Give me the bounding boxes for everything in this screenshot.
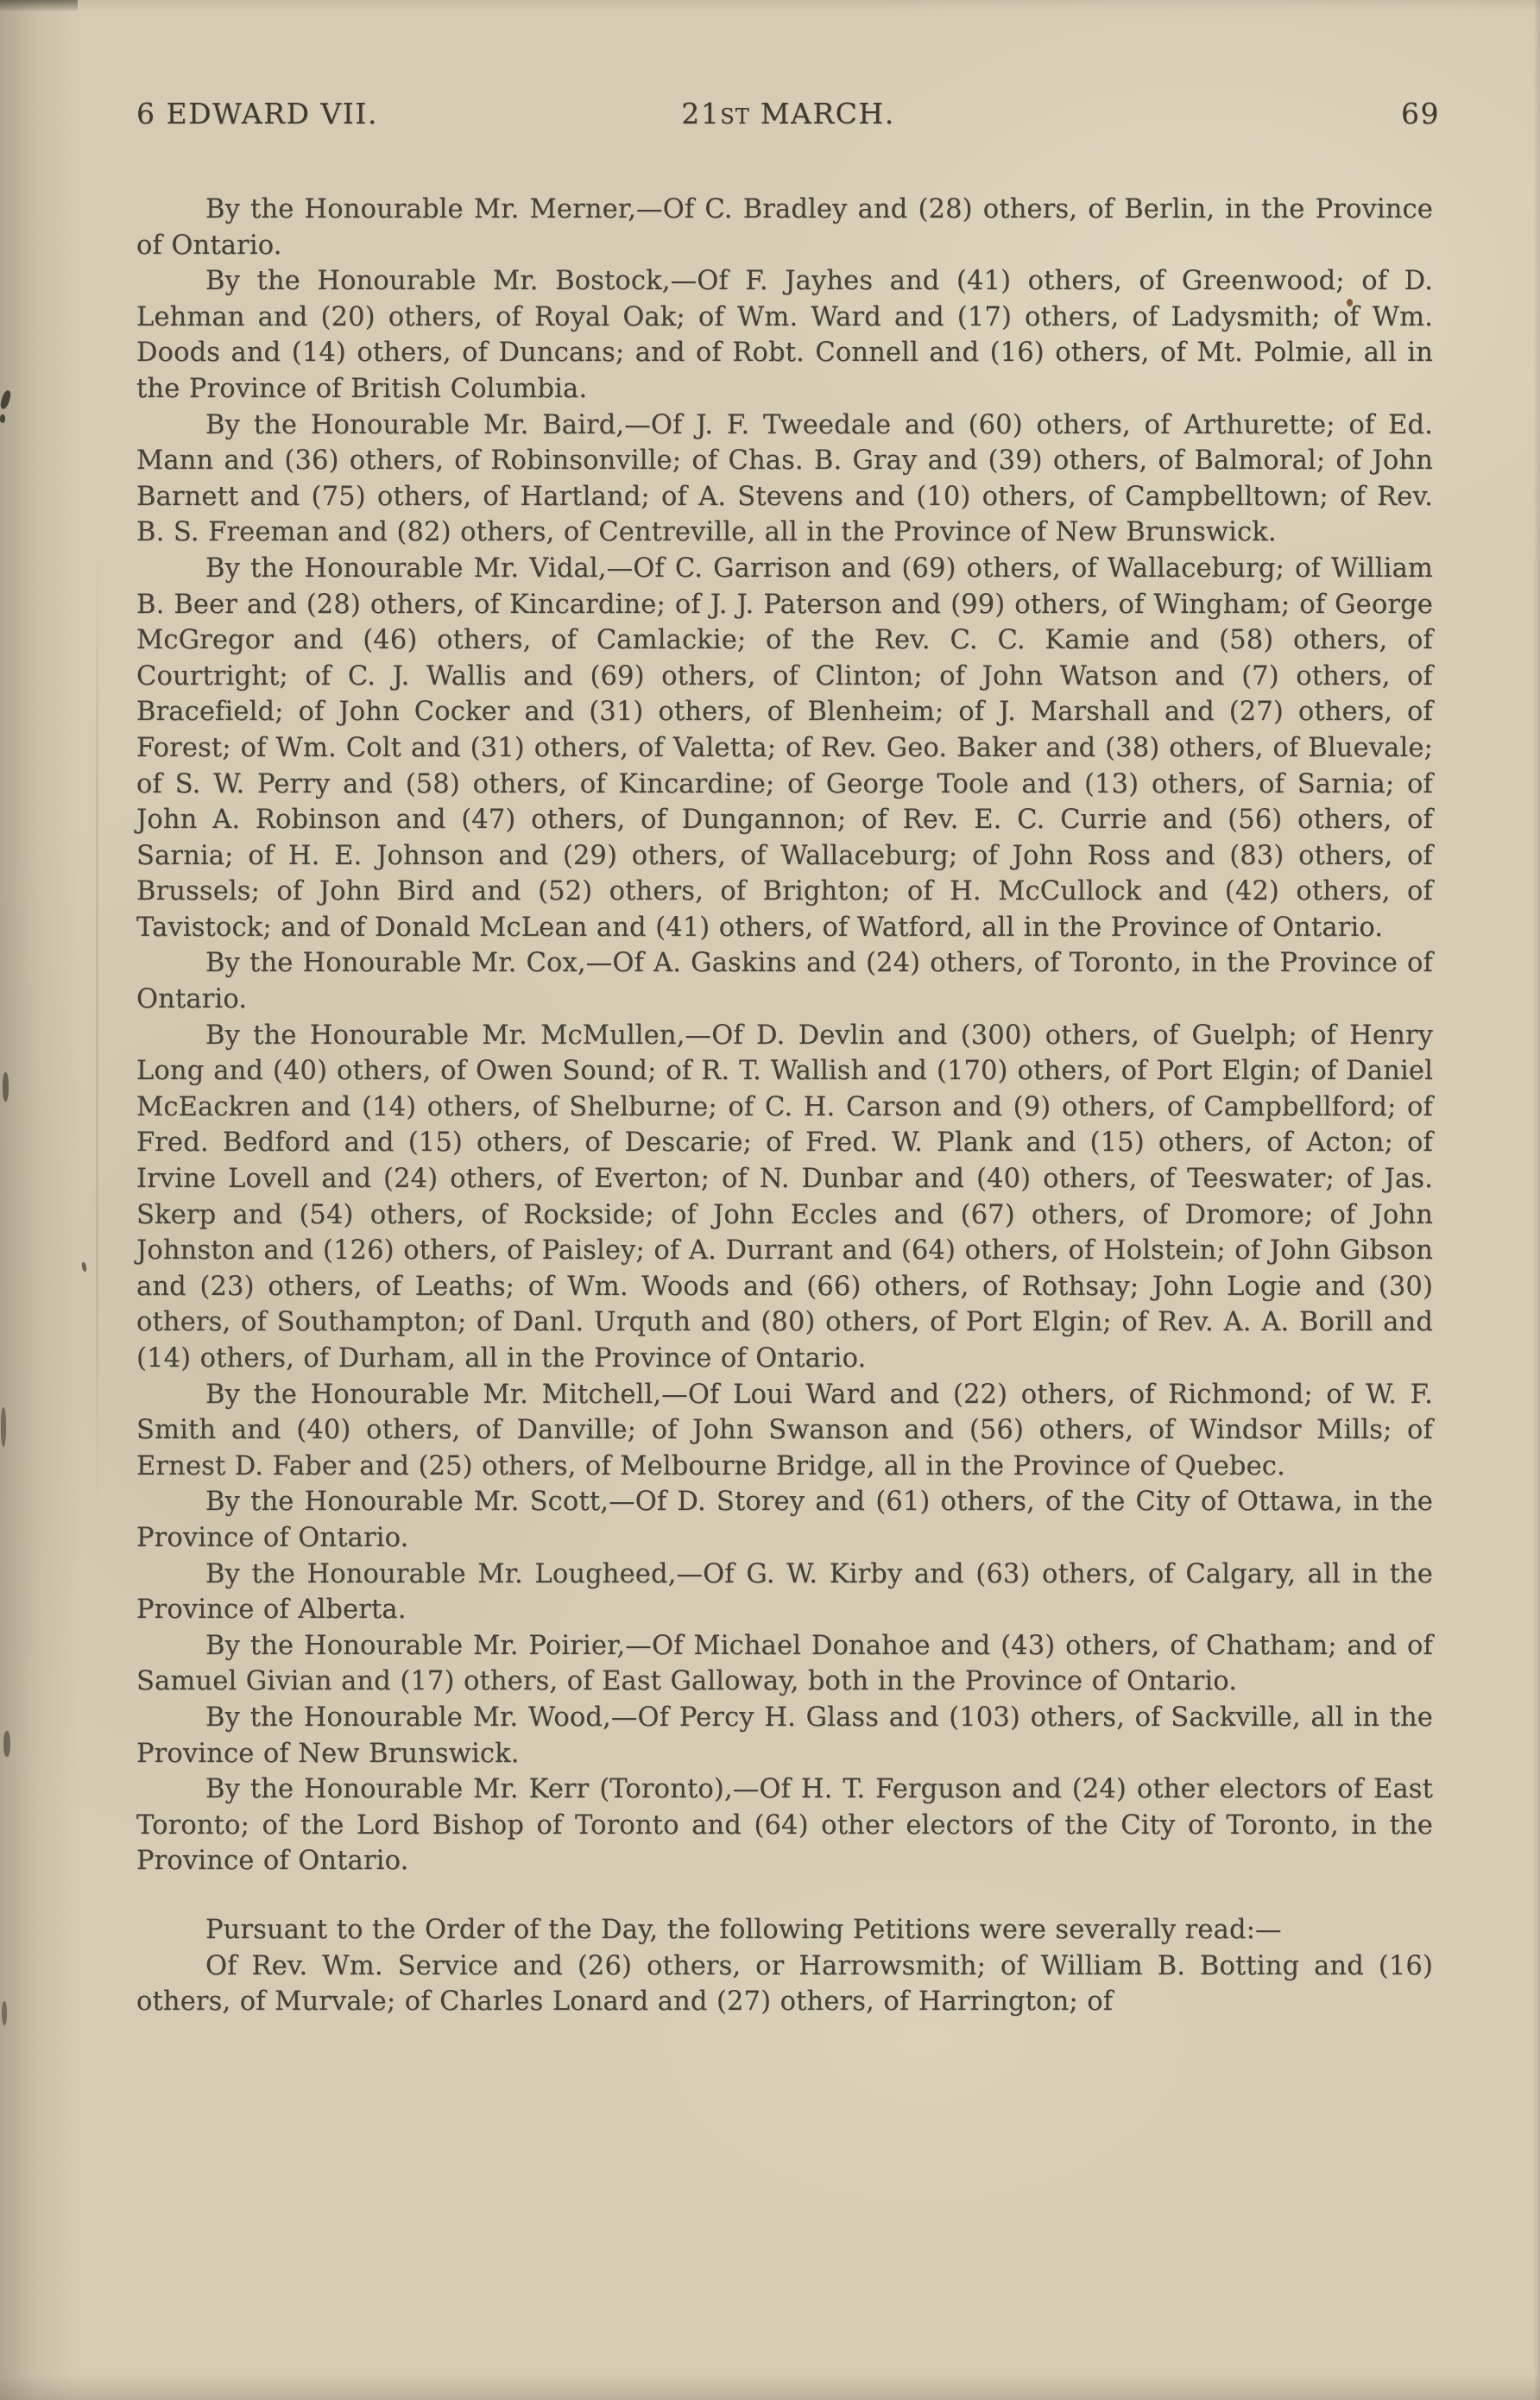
journal-page: 6 EDWARD VII. 21ST MARCH. 69 By the Hono… bbox=[0, 0, 1540, 2400]
petition-paragraph-merner: By the Honourable Mr. Merner,—Of C. Brad… bbox=[136, 192, 1433, 263]
petition-paragraph-cox: By the Honourable Mr. Cox,—Of A. Gaskins… bbox=[136, 945, 1433, 1017]
petition-paragraph-scott: By the Honourable Mr. Scott,—Of D. Store… bbox=[136, 1484, 1433, 1556]
order-of-day-paragraph: Pursuant to the Order of the Day, the fo… bbox=[136, 1912, 1433, 1948]
petition-paragraph-mcmullen: By the Honourable Mr. McMullen,—Of D. De… bbox=[136, 1018, 1433, 1377]
petition-paragraph-vidal: By the Honourable Mr. Vidal,—Of C. Garri… bbox=[136, 551, 1433, 946]
edge-speck bbox=[0, 414, 5, 423]
paper-crease bbox=[96, 553, 98, 1519]
binding-corner-shadow bbox=[0, 0, 78, 12]
date-number: 21 bbox=[681, 97, 720, 130]
sitting-date-label: 21ST MARCH. bbox=[136, 97, 1440, 130]
running-head: 6 EDWARD VII. 21ST MARCH. 69 bbox=[136, 97, 1440, 136]
edge-speck bbox=[0, 389, 12, 410]
edge-speck bbox=[3, 1072, 9, 1102]
petition-paragraph-mitchell: By the Honourable Mr. Mitchell,—Of Loui … bbox=[136, 1377, 1433, 1485]
petitions-read-paragraph: Of Rev. Wm. Service and (26) others, or … bbox=[136, 1948, 1433, 2020]
date-month: MARCH. bbox=[761, 97, 895, 130]
petition-paragraph-bostock: By the Honourable Mr. Bostock,—Of F. Jay… bbox=[136, 263, 1433, 407]
edge-speck bbox=[3, 1731, 10, 1757]
petition-paragraph-kerr: By the Honourable Mr. Kerr (Toronto),—Of… bbox=[136, 1772, 1433, 1879]
petition-paragraph-poirier: By the Honourable Mr. Poirier,—Of Michae… bbox=[136, 1628, 1433, 1700]
petitions-text-block: By the Honourable Mr. Merner,—Of C. Brad… bbox=[136, 192, 1433, 2020]
petition-paragraph-wood: By the Honourable Mr. Wood,—Of Percy H. … bbox=[136, 1700, 1433, 1772]
petition-paragraph-baird: By the Honourable Mr. Baird,—Of J. F. Tw… bbox=[136, 407, 1433, 551]
page-number: 69 bbox=[1401, 97, 1440, 130]
edge-speck bbox=[2, 2001, 7, 2025]
date-ordinal: ST bbox=[720, 104, 749, 129]
petition-paragraph-lougheed: By the Honourable Mr. Lougheed,—Of G. W.… bbox=[136, 1557, 1433, 1628]
margin-speck bbox=[81, 1262, 87, 1273]
edge-speck bbox=[1, 1407, 6, 1447]
